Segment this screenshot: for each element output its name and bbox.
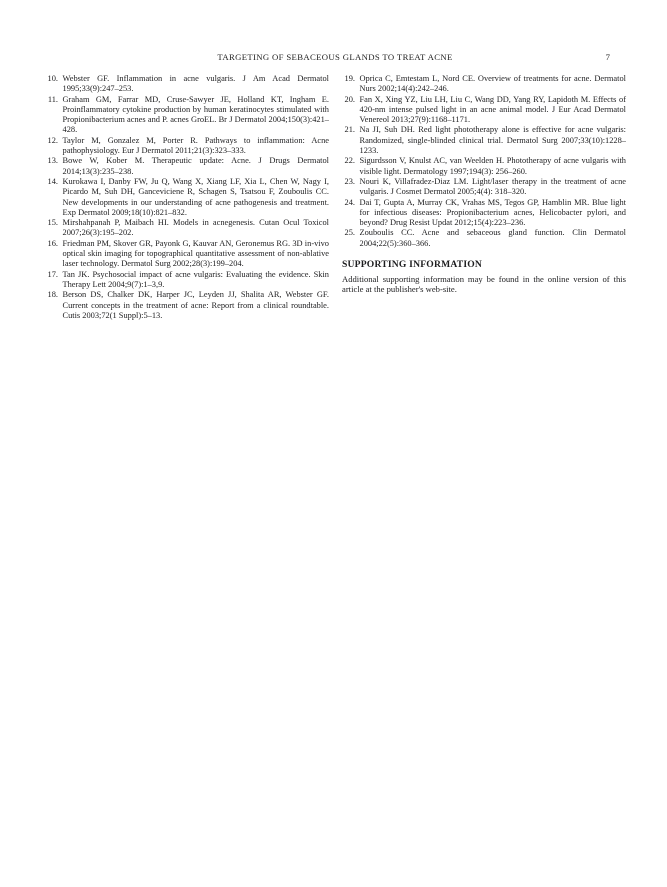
reference-number: 17. — [45, 270, 58, 291]
reference-text: Taylor M, Gonzalez M, Porter R. Pathways… — [63, 136, 330, 157]
reference-text: Kurokawa I, Danby FW, Ju Q, Wang X, Xian… — [63, 177, 330, 218]
reference-item: 12. Taylor M, Gonzalez M, Porter R. Path… — [45, 136, 329, 157]
reference-number: 12. — [45, 136, 58, 157]
reference-number: 21. — [342, 125, 355, 156]
reference-item: 21. Na JI, Suh DH. Red light phototherap… — [342, 125, 626, 156]
reference-item: 15. Mirshahpanah P, Maibach HI. Models i… — [45, 218, 329, 239]
reference-number: 16. — [45, 239, 58, 270]
reference-item: 20. Fan X, Xing YZ, Liu LH, Liu C, Wang … — [342, 95, 626, 126]
reference-item: 24. Dai T, Gupta A, Murray CK, Vrahas MS… — [342, 198, 626, 229]
reference-number: 10. — [45, 74, 58, 95]
reference-item: 23. Nouri K, Villafradez-Diaz LM. Light/… — [342, 177, 626, 198]
reference-text: Bowe W, Kober M. Therapeutic update: Acn… — [63, 156, 330, 177]
reference-number: 19. — [342, 74, 355, 95]
reference-text: Webster GF. Inflammation in acne vulgari… — [63, 74, 330, 95]
supporting-information-body: Additional supporting information may be… — [342, 274, 626, 295]
reference-text: Nouri K, Villafradez-Diaz LM. Light/lase… — [360, 177, 627, 198]
reference-number: 24. — [342, 198, 355, 229]
reference-number: 25. — [342, 228, 355, 249]
reference-item: 13. Bowe W, Kober M. Therapeutic update:… — [45, 156, 329, 177]
reference-item: 19. Oprica C, Emtestam L, Nord CE. Overv… — [342, 74, 626, 95]
reference-column-right: 19. Oprica C, Emtestam L, Nord CE. Overv… — [342, 74, 626, 321]
reference-text: Berson DS, Chalker DK, Harper JC, Leyden… — [63, 290, 330, 321]
reference-text: Sigurdsson V, Knulst AC, van Weelden H. … — [360, 156, 627, 177]
reference-text: Dai T, Gupta A, Murray CK, Vrahas MS, Te… — [360, 198, 627, 229]
reference-item: 11. Graham GM, Farrar MD, Cruse-Sawyer J… — [45, 95, 329, 136]
reference-text: Na JI, Suh DH. Red light phototherapy al… — [360, 125, 627, 156]
reference-number: 14. — [45, 177, 58, 218]
reference-number: 13. — [45, 156, 58, 177]
reference-item: 17. Tan JK. Psychosocial impact of acne … — [45, 270, 329, 291]
reference-number: 11. — [45, 95, 58, 136]
reference-text: Zouboulis CC. Acne and sebaceous gland f… — [360, 228, 627, 249]
reference-text: Friedman PM, Skover GR, Payonk G, Kauvar… — [63, 239, 330, 270]
reference-text: Fan X, Xing YZ, Liu LH, Liu C, Wang DD, … — [360, 95, 627, 126]
reference-number: 18. — [45, 290, 58, 321]
reference-text: Graham GM, Farrar MD, Cruse-Sawyer JE, H… — [63, 95, 330, 136]
supporting-information-section: SUPPORTING INFORMATION Additional suppor… — [342, 259, 626, 295]
reference-text: Mirshahpanah P, Maibach HI. Models in ac… — [63, 218, 330, 239]
reference-text: Tan JK. Psychosocial impact of acne vulg… — [63, 270, 330, 291]
reference-item: 16. Friedman PM, Skover GR, Payonk G, Ka… — [45, 239, 329, 270]
supporting-information-heading: SUPPORTING INFORMATION — [342, 259, 626, 270]
running-head-title: TARGETING OF SEBACEOUS GLANDS TO TREAT A… — [45, 52, 625, 62]
reference-item: 14. Kurokawa I, Danby FW, Ju Q, Wang X, … — [45, 177, 329, 218]
reference-item: 18. Berson DS, Chalker DK, Harper JC, Le… — [45, 290, 329, 321]
reference-number: 15. — [45, 218, 58, 239]
reference-column-left: 10. Webster GF. Inflammation in acne vul… — [45, 74, 329, 321]
reference-item: 10. Webster GF. Inflammation in acne vul… — [45, 74, 329, 95]
reference-item: 22. Sigurdsson V, Knulst AC, van Weelden… — [342, 156, 626, 177]
reference-number: 20. — [342, 95, 355, 126]
page-number: 7 — [606, 52, 610, 62]
reference-columns: 10. Webster GF. Inflammation in acne vul… — [45, 74, 626, 321]
reference-text: Oprica C, Emtestam L, Nord CE. Overview … — [360, 74, 627, 95]
reference-item: 25. Zouboulis CC. Acne and sebaceous gla… — [342, 228, 626, 249]
reference-number: 22. — [342, 156, 355, 177]
journal-page: TARGETING OF SEBACEOUS GLANDS TO TREAT A… — [0, 0, 667, 887]
reference-number: 23. — [342, 177, 355, 198]
